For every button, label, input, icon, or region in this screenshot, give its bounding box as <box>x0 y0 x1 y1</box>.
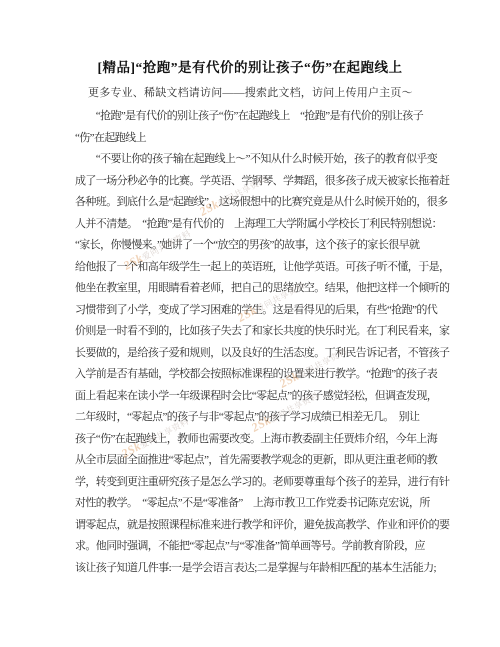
body-line: 对性的教学。 “零起点”不是“零准备” 上海市教卫工作党委书记陈克宏说，所 <box>75 493 435 515</box>
body-line: 孩子“伤”在起跑线上，教师也需要改变。上海市教委副主任贾炜介绍，今年上海 <box>75 429 435 451</box>
document-title: [精品]“抢跑”是有代价的别让孩子“伤”在起跑线上 <box>0 56 500 76</box>
body-line: 学，转变到更注重研究孩子是怎么学习的。老师要尊重每个孩子的差异，进行有针 <box>75 472 435 494</box>
document-page: [精品]“抢跑”是有代价的别让孩子“伤”在起跑线上 更多专业、稀缺文档请访问——… <box>0 0 500 647</box>
body-line: 人并不清楚。 “抢跑”是有代价的 上海理工大学附属小学校长丁利民特别想说： <box>75 214 435 236</box>
body-line: 习惯带到了小学，变成了学习困难的学生。这是看得见的后果，有些“抢跑”的代 <box>75 300 435 322</box>
body-line: 入学前是否有基础，学校都会按照标准课程的设置来进行教学。“抢跑”的孩子表 <box>75 364 435 386</box>
body-line: “不要让你的孩子输在起跑线上～”不知从什么时候开始，孩子的教育似乎变 <box>75 149 435 171</box>
body-line: “家长，你慢慢来。”她讲了一个“放空的男孩”的故事，这个孩子的家长很早就 <box>75 235 435 257</box>
body-line: 各种班。到底什么是“起跑线”，这场假想中的比赛究竟是从什么时候开始的，很多 <box>75 192 435 214</box>
body-line: 谓零起点，就是按照课程标准来进行教学和评价，避免拔高教学、作业和评价的要 <box>75 515 435 537</box>
document-body: “抢跑”是有代价的别让孩子“伤”在起跑线上 “抢跑”是有代价的别让孩子“伤”在起… <box>75 106 435 579</box>
body-line: 求。他同时强调，不能把“零起点”与“零准备”简单画等号。学前教育阶段，应 <box>75 536 435 558</box>
body-line: 给他报了一个和高年级学生一起上的英语班，让他学英语。可孩子听不懂，于是， <box>75 257 435 279</box>
promo-line: 更多专业、稀缺文档请访问——搜索此文档，访问上传用户主页～ <box>88 84 413 100</box>
body-line: “伤”在起跑线上 <box>75 128 435 150</box>
body-line: 从全市层面全面推进“零起点”，首先需要教学观念的更新，即从更注重老师的教 <box>75 450 435 472</box>
body-line: 他坐在教室里，用眼睛看着老师，把自己的思绪放空。结果，他把这样一个倾听的 <box>75 278 435 300</box>
body-line: 价则是一时看不到的，比如孩子失去了和家长共度的快乐时光。在丁利民看来，家 <box>75 321 435 343</box>
body-line: 二年级时，“零起点”的孩子与非“零起点”的孩子学习成绩已相差无几。 别让 <box>75 407 435 429</box>
body-line: 面上看起来在读小学一年级课程时会比“零起点”的孩子感觉轻松，但调查发现， <box>75 386 435 408</box>
body-line: “抢跑”是有代价的别让孩子“伤”在起跑线上 “抢跑”是有代价的别让孩子 <box>75 106 435 128</box>
body-line: 长要做的，是给孩子爱和规则，以及良好的生活态度。丁利民告诉记者，不管孩子 <box>75 343 435 365</box>
body-line: 成了一场分秒必争的比赛。学英语、学钢琴、学舞蹈，很多孩子成天被家长拖着赶 <box>75 171 435 193</box>
body-line: 该让孩子知道几件事:一是学会语言表达;二是掌握与年龄相匹配的基本生活能力; <box>75 558 435 580</box>
